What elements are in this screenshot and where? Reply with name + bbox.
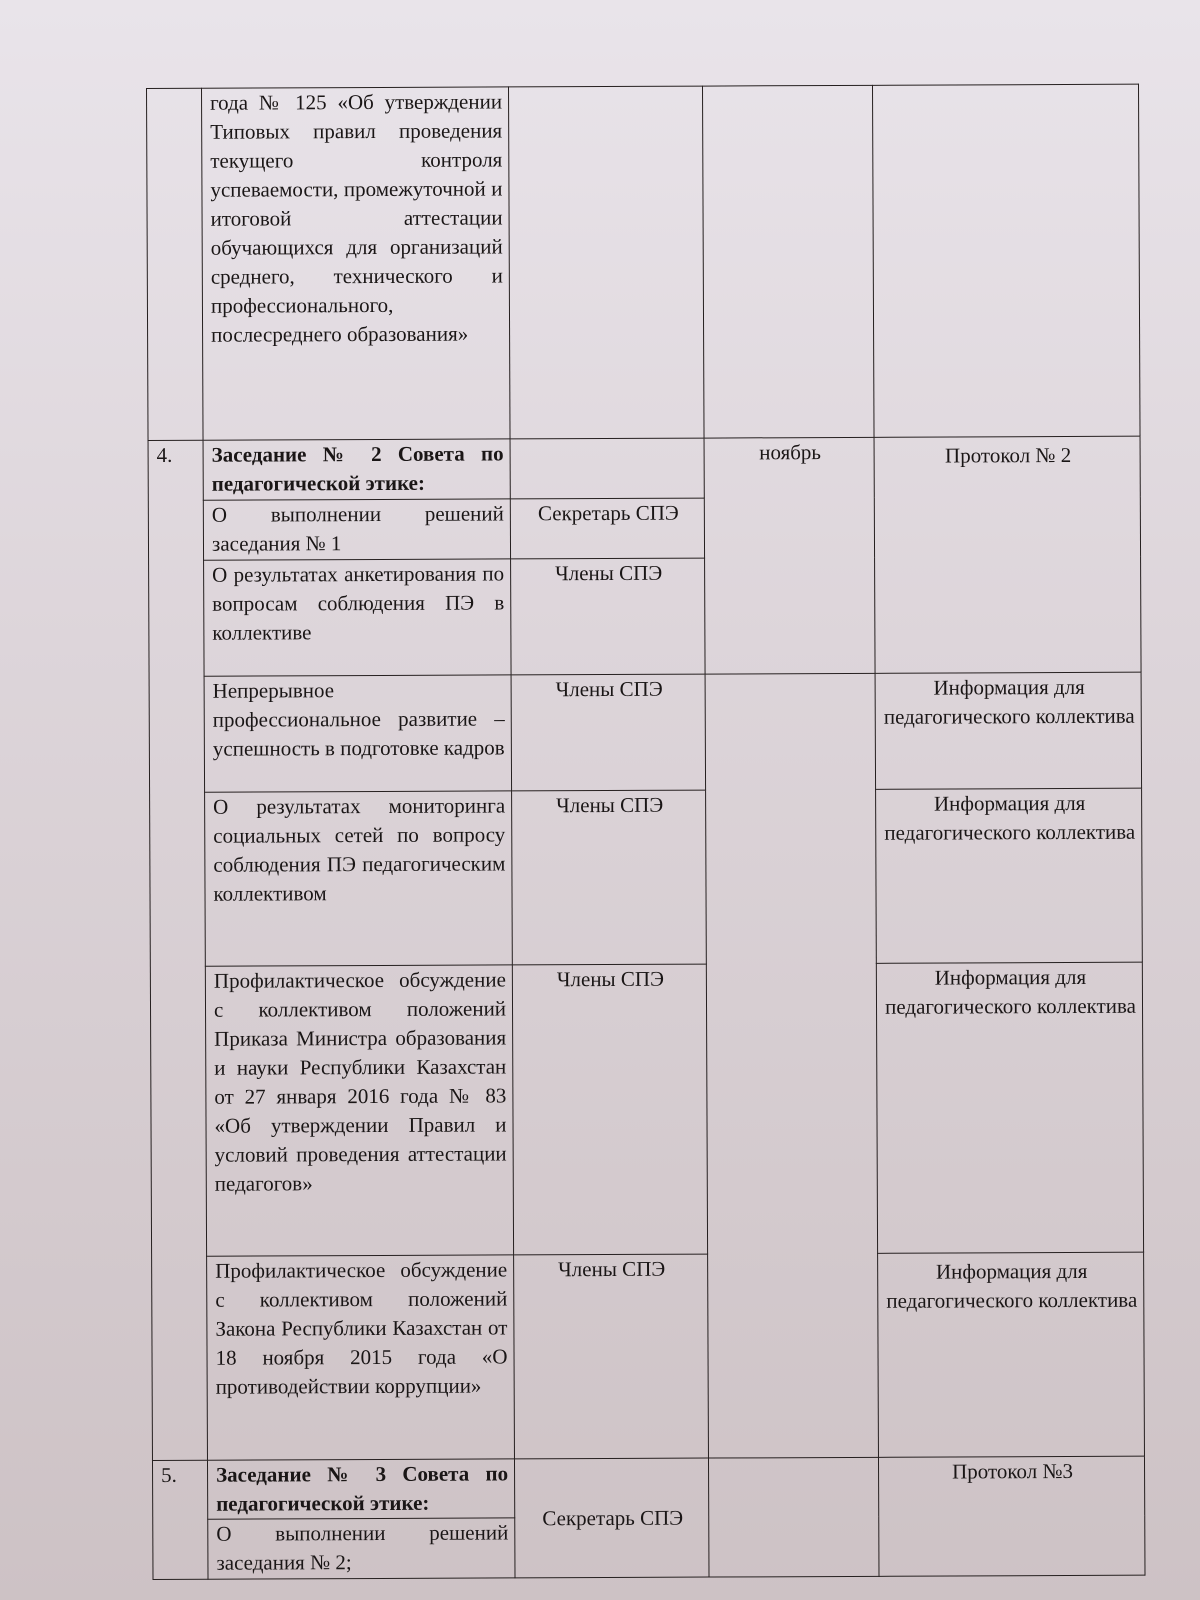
row-responsible <box>508 86 704 439</box>
row-topic: Профилактическое обсуждение с коллективо… <box>207 1255 515 1460</box>
row-outcome: Информация для педагогического коллектив… <box>876 788 1143 963</box>
row-outcome: Информация для педагогического коллектив… <box>878 1252 1145 1457</box>
meeting-date: ноябрь <box>704 437 875 674</box>
row-outcome <box>872 84 1140 437</box>
row-topic: О результатах анкетирования по вопросам … <box>204 559 512 676</box>
meeting-title: Заседание № 2 Совета по педагогической э… <box>203 439 510 500</box>
row-number: 5. <box>152 1460 208 1579</box>
row-number <box>147 88 204 440</box>
row-responsible: Члены СПЭ <box>511 558 706 675</box>
row-topic: О выполнении решений заседания № 2; <box>208 1518 515 1579</box>
plan-table: года № 125 «Об утверждении Типовых прави… <box>146 84 1146 1580</box>
row-responsible: Члены СПЭ <box>514 1254 709 1459</box>
table-row-meeting-3-header: 5. Заседание № 3 Совета по педагогическо… <box>152 1456 1144 1519</box>
table-row: года № 125 «Об утверждении Типовых прави… <box>147 84 1141 440</box>
row-number: 4. <box>148 440 207 1460</box>
meeting-protocol: Протокол № 2 <box>874 436 1141 673</box>
row-date-empty <box>708 1457 879 1577</box>
table-row: Непрерывное профессиональное развитие – … <box>149 672 1141 792</box>
row-responsible: Секретарь СПЭ <box>510 498 704 559</box>
row-responsible: Члены СПЭ <box>512 964 707 1255</box>
row-outcome: Информация для педагогического коллектив… <box>875 672 1142 789</box>
row-date <box>702 85 874 438</box>
row-topic: Непрерывное профессиональное развитие – … <box>204 675 512 792</box>
row-topic: О результатах мониторинга социальных сет… <box>205 791 513 966</box>
meeting-title: Заседание № 3 Совета по педагогической э… <box>207 1459 514 1519</box>
row-responsible: Члены СПЭ <box>511 674 706 791</box>
table-row: Профилактическое обсуждение с коллективо… <box>152 1252 1145 1460</box>
row-outcome: Информация для педагогического коллектив… <box>876 962 1143 1253</box>
row-responsible: Секретарь СПЭ <box>514 1458 709 1578</box>
row-date-empty <box>705 673 878 1458</box>
row-topic: Профилактическое обсуждение с коллективо… <box>205 965 513 1256</box>
row-topic: О выполнении решений заседания № 1 <box>203 499 510 560</box>
row-responsible <box>510 438 704 499</box>
table-row-meeting-2-header: 4. Заседание № 2 Совета по педагогическо… <box>148 436 1140 500</box>
table-row: Профилактическое обсуждение с коллективо… <box>150 962 1143 1256</box>
row-responsible: Члены СПЭ <box>512 790 707 965</box>
row-topic: года № 125 «Об утверждении Типовых прави… <box>202 87 511 440</box>
table-row: О результатах мониторинга социальных сет… <box>150 788 1143 966</box>
meeting-protocol: Протокол №3 <box>878 1456 1145 1576</box>
document-page: года № 125 «Об утверждении Типовых прави… <box>0 0 1200 1600</box>
